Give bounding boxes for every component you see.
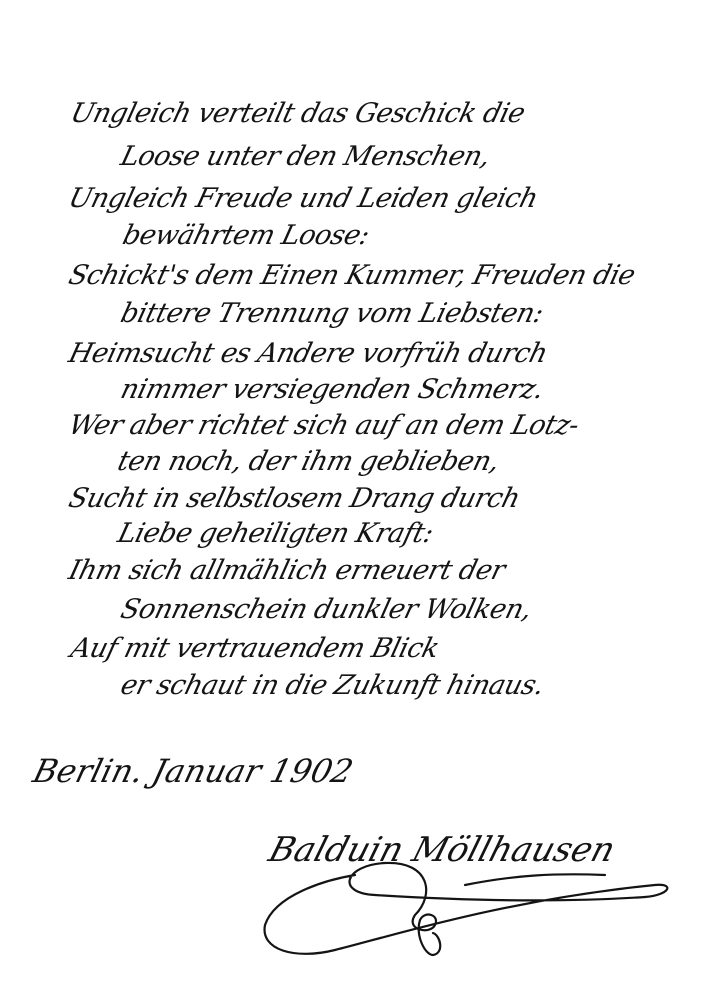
poem-line-15: Auf mit vertrauendem Blick	[68, 635, 442, 662]
poem-line-16: er schaut in die Zukunft hinaus.	[118, 672, 547, 699]
poem-line-5: Schickt's dem Einen Kummer, Freuden die	[66, 262, 638, 289]
poem-line-4: bewährtem Loose:	[120, 222, 372, 249]
signature-flourish-icon	[255, 855, 675, 965]
poem-line-10: ten noch, der ihm geblieben,	[115, 448, 502, 475]
poem-line-11: Sucht in selbstlosem Drang durch	[66, 485, 523, 512]
poem-line-13: Ihm sich allmählich erneuert der	[66, 557, 508, 584]
manuscript-page: Ungleich verteilt das Geschick die Loose…	[0, 0, 711, 1002]
poem-line-3: Ungleich Freude und Leiden gleich	[66, 185, 540, 212]
poem-line-14: Sonnenschein dunkler Wolken,	[118, 596, 534, 623]
poem-line-6: bittere Trennung vom Liebsten:	[118, 300, 546, 327]
poem-line-12: Liebe geheiligten Kraft:	[115, 520, 436, 547]
place-and-date: Berlin. Januar 1902	[29, 752, 357, 790]
poem-line-7: Heimsucht es Andere vorfrüh durch	[66, 340, 550, 367]
poem-line-9: Wer aber richtet sich auf an dem Lotz-	[66, 412, 581, 439]
poem-line-2: Loose unter den Menschen,	[118, 143, 493, 170]
poem-line-8: nimmer versiegenden Schmerz.	[118, 376, 546, 403]
poem-line-1: Ungleich verteilt das Geschick die	[68, 100, 528, 127]
